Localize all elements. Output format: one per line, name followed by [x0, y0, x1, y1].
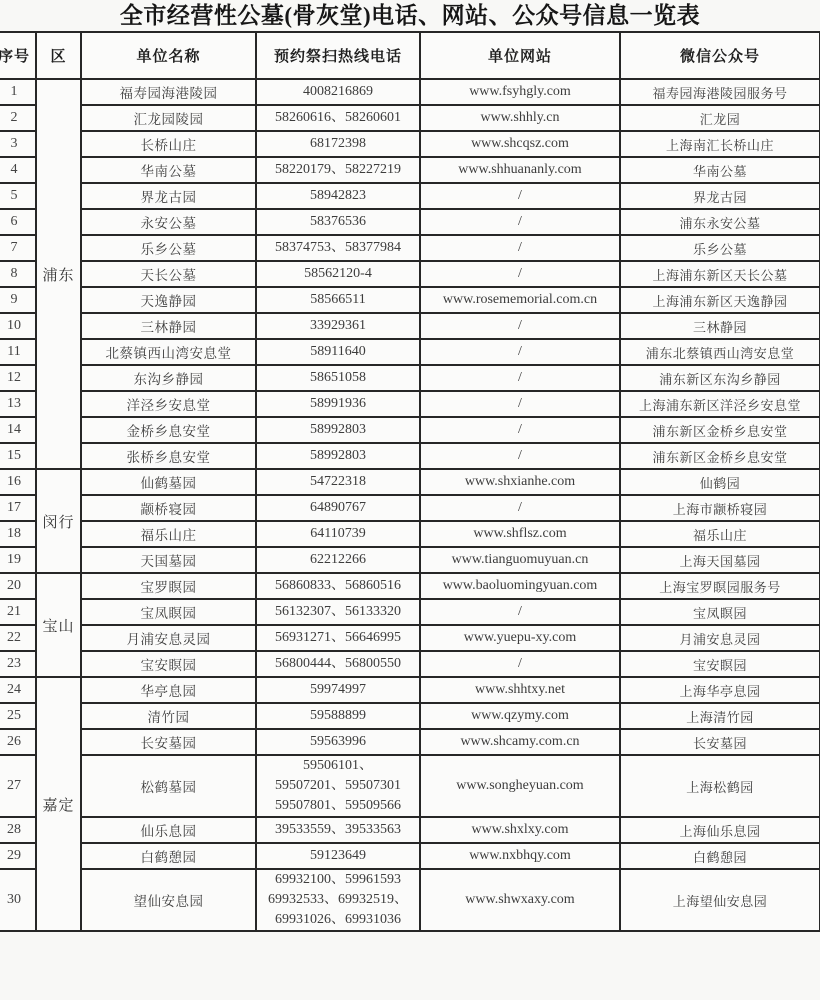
table-row: 6 永安公墓 58376536 / 浦东永安公墓	[0, 209, 820, 235]
district-merged-cell: 嘉定	[36, 677, 81, 931]
phone-line: 59507801、59509566	[259, 796, 417, 816]
table-header: 序号 区 单位名称 预约祭扫热线电话 单位网站 微信公众号	[0, 32, 820, 79]
website-cell: www.shcqsz.com	[420, 131, 620, 157]
phone-line: 62212266	[259, 550, 417, 570]
unit-name-cell: 东沟乡静园	[81, 365, 256, 391]
phone-line: 58651058	[259, 368, 417, 388]
website-cell: /	[420, 365, 620, 391]
column-header-hotline: 预约祭扫热线电话	[256, 32, 420, 79]
unit-name-cell: 福乐山庄	[81, 521, 256, 547]
phone-line: 69931026、69931036	[259, 910, 417, 930]
row-number-cell: 8	[0, 261, 36, 287]
district-merged-cell: 宝山	[36, 573, 81, 677]
wechat-cell: 汇龙园	[620, 105, 820, 131]
column-header-district: 区	[36, 32, 81, 79]
scanned-document-page: { "page_title": "全市经营性公墓(骨灰堂)电话、网站、公众号信息…	[0, 0, 820, 1000]
table-row: 16 闵行仙鹤墓园 54722318 www.shxianhe.com 仙鹤园	[0, 469, 820, 495]
website-cell: /	[420, 261, 620, 287]
table-row: 8 天长公墓 58562120-4 / 上海浦东新区天长公墓	[0, 261, 820, 287]
hotline-cell: 59563996	[256, 729, 420, 755]
hotline-cell: 58942823	[256, 183, 420, 209]
header-row: 序号 区 单位名称 预约祭扫热线电话 单位网站 微信公众号	[0, 32, 820, 79]
unit-name-cell: 永安公墓	[81, 209, 256, 235]
table-row: 5 界龙古园 58942823 / 界龙古园	[0, 183, 820, 209]
table-row: 13 洋泾乡安息堂 58991936 / 上海浦东新区洋泾乡安息堂	[0, 391, 820, 417]
phone-line: 69932533、69932519、	[259, 890, 417, 910]
row-number-cell: 20	[0, 573, 36, 599]
website-cell: /	[420, 183, 620, 209]
unit-name-cell: 仙乐息园	[81, 817, 256, 843]
unit-name-cell: 清竹园	[81, 703, 256, 729]
phone-line: 58942823	[259, 186, 417, 206]
table-row: 24 嘉定华亭息园 59974997 www.shhtxy.net 上海华亭息园	[0, 677, 820, 703]
table-row: 10 三林静园 33929361 / 三林静园	[0, 313, 820, 339]
unit-name-cell: 宝凤瞑园	[81, 599, 256, 625]
website-cell: /	[420, 391, 620, 417]
unit-name-cell: 汇龙园陵园	[81, 105, 256, 131]
hotline-cell: 54722318	[256, 469, 420, 495]
unit-name-cell: 天国墓园	[81, 547, 256, 573]
phone-line: 58376536	[259, 212, 417, 232]
hotline-cell: 58566511	[256, 287, 420, 313]
phone-line: 59563996	[259, 732, 417, 752]
wechat-cell: 上海松鹤园	[620, 755, 820, 817]
table-row: 14 金桥乡息安堂 58992803 / 浦东新区金桥乡息安堂	[0, 417, 820, 443]
row-number-cell: 29	[0, 843, 36, 869]
wechat-cell: 上海清竹园	[620, 703, 820, 729]
row-number-cell: 5	[0, 183, 36, 209]
website-cell: www.yuepu-xy.com	[420, 625, 620, 651]
hotline-cell: 62212266	[256, 547, 420, 573]
website-cell: www.nxbhqy.com	[420, 843, 620, 869]
phone-line: 59506101、	[259, 756, 417, 776]
table-row: 3 长桥山庄 68172398 www.shcqsz.com 上海南汇长桥山庄	[0, 131, 820, 157]
unit-name-cell: 三林静园	[81, 313, 256, 339]
phone-line: 64110739	[259, 524, 417, 544]
hotline-cell: 56860833、56860516	[256, 573, 420, 599]
wechat-cell: 浦东永安公墓	[620, 209, 820, 235]
unit-name-cell: 天逸静园	[81, 287, 256, 313]
unit-name-cell: 颛桥寝园	[81, 495, 256, 521]
row-number-cell: 7	[0, 235, 36, 261]
phone-line: 58374753、58377984	[259, 238, 417, 258]
row-number-cell: 10	[0, 313, 36, 339]
website-cell: /	[420, 599, 620, 625]
wechat-cell: 上海望仙安息园	[620, 869, 820, 931]
unit-name-cell: 望仙安息园	[81, 869, 256, 931]
wechat-cell: 上海天国墓园	[620, 547, 820, 573]
row-number-cell: 18	[0, 521, 36, 547]
website-cell: www.shxianhe.com	[420, 469, 620, 495]
table-row: 19 天国墓园 62212266 www.tianguomuyuan.cn 上海…	[0, 547, 820, 573]
phone-line: 4008216869	[259, 82, 417, 102]
wechat-cell: 上海市颛桥寝园	[620, 495, 820, 521]
column-header-wechat: 微信公众号	[620, 32, 820, 79]
phone-line: 59507201、59507301	[259, 776, 417, 796]
unit-name-cell: 福寿园海港陵园	[81, 79, 256, 105]
phone-line: 68172398	[259, 134, 417, 154]
unit-name-cell: 宝罗瞑园	[81, 573, 256, 599]
website-cell: www.shhly.cn	[420, 105, 620, 131]
phone-line: 56931271、56646995	[259, 628, 417, 648]
website-cell: www.shxlxy.com	[420, 817, 620, 843]
unit-name-cell: 天长公墓	[81, 261, 256, 287]
row-number-cell: 12	[0, 365, 36, 391]
column-header-index: 序号	[0, 32, 36, 79]
wechat-cell: 宝安瞑园	[620, 651, 820, 677]
row-number-cell: 3	[0, 131, 36, 157]
table-row: 17 颛桥寝园 64890767 / 上海市颛桥寝园	[0, 495, 820, 521]
hotline-cell: 58651058	[256, 365, 420, 391]
phone-line: 58992803	[259, 420, 417, 440]
wechat-cell: 福乐山庄	[620, 521, 820, 547]
phone-line: 58566511	[259, 290, 417, 310]
hotline-cell: 58991936	[256, 391, 420, 417]
hotline-cell: 58376536	[256, 209, 420, 235]
table-row: 12 东沟乡静园 58651058 / 浦东新区东沟乡静园	[0, 365, 820, 391]
table-row: 2 汇龙园陵园 58260616、58260601 www.shhly.cn 汇…	[0, 105, 820, 131]
hotline-cell: 69932100、5996159369932533、69932519、69931…	[256, 869, 420, 931]
phone-line: 54722318	[259, 472, 417, 492]
hotline-cell: 64110739	[256, 521, 420, 547]
table-row: 4 华南公墓 58220179、58227219 www.shhuananly.…	[0, 157, 820, 183]
table-row: 21 宝凤瞑园 56132307、56133320 / 宝凤瞑园	[0, 599, 820, 625]
phone-line: 58911640	[259, 342, 417, 362]
hotline-cell: 64890767	[256, 495, 420, 521]
wechat-cell: 上海宝罗瞑园服务号	[620, 573, 820, 599]
row-number-cell: 28	[0, 817, 36, 843]
website-cell: /	[420, 443, 620, 469]
unit-name-cell: 白鹤憩园	[81, 843, 256, 869]
wechat-cell: 仙鹤园	[620, 469, 820, 495]
phone-line: 59588899	[259, 706, 417, 726]
hotline-cell: 59974997	[256, 677, 420, 703]
hotline-cell: 56931271、56646995	[256, 625, 420, 651]
row-number-cell: 25	[0, 703, 36, 729]
hotline-cell: 56800444、56800550	[256, 651, 420, 677]
website-cell: /	[420, 417, 620, 443]
wechat-cell: 浦东新区东沟乡静园	[620, 365, 820, 391]
table-row: 11 北蔡镇西山湾安息堂 58911640 / 浦东北蔡镇西山湾安息堂	[0, 339, 820, 365]
website-cell: www.shhuananly.com	[420, 157, 620, 183]
hotline-cell: 58992803	[256, 443, 420, 469]
table-row: 23 宝安瞑园 56800444、56800550 / 宝安瞑园	[0, 651, 820, 677]
row-number-cell: 27	[0, 755, 36, 817]
table-row: 30 望仙安息园 69932100、5996159369932533、69932…	[0, 869, 820, 931]
phone-line: 56800444、56800550	[259, 654, 417, 674]
unit-name-cell: 宝安瞑园	[81, 651, 256, 677]
cemetery-info-table: 序号 区 单位名称 预约祭扫热线电话 单位网站 微信公众号 1 浦东福寿园海港陵…	[0, 31, 820, 932]
website-cell: /	[420, 209, 620, 235]
row-number-cell: 13	[0, 391, 36, 417]
hotline-cell: 58911640	[256, 339, 420, 365]
website-cell: www.rosememorial.com.cn	[420, 287, 620, 313]
row-number-cell: 6	[0, 209, 36, 235]
unit-name-cell: 华亭息园	[81, 677, 256, 703]
unit-name-cell: 华南公墓	[81, 157, 256, 183]
row-number-cell: 9	[0, 287, 36, 313]
phone-line: 64890767	[259, 498, 417, 518]
phone-line: 59123649	[259, 846, 417, 866]
wechat-cell: 上海浦东新区天长公墓	[620, 261, 820, 287]
hotline-cell: 56132307、56133320	[256, 599, 420, 625]
wechat-cell: 浦东新区金桥乡息安堂	[620, 417, 820, 443]
table-row: 20 宝山宝罗瞑园 56860833、56860516 www.baoluomi…	[0, 573, 820, 599]
page-title: 全市经营性公墓(骨灰堂)电话、网站、公众号信息一览表	[0, 0, 820, 31]
phone-line: 56132307、56133320	[259, 602, 417, 622]
website-cell: www.shflsz.com	[420, 521, 620, 547]
district-merged-cell: 浦东	[36, 79, 81, 469]
phone-line: 69932100、59961593	[259, 870, 417, 890]
row-number-cell: 15	[0, 443, 36, 469]
row-number-cell: 2	[0, 105, 36, 131]
hotline-cell: 39533559、39533563	[256, 817, 420, 843]
hotline-cell: 59588899	[256, 703, 420, 729]
row-number-cell: 26	[0, 729, 36, 755]
district-merged-cell: 闵行	[36, 469, 81, 573]
website-cell: /	[420, 313, 620, 339]
unit-name-cell: 金桥乡息安堂	[81, 417, 256, 443]
wechat-cell: 界龙古园	[620, 183, 820, 209]
website-cell: www.shwxaxy.com	[420, 869, 620, 931]
row-number-cell: 22	[0, 625, 36, 651]
hotline-cell: 33929361	[256, 313, 420, 339]
website-cell: /	[420, 651, 620, 677]
table-row: 29 白鹤憩园 59123649 www.nxbhqy.com 白鹤憩园	[0, 843, 820, 869]
hotline-cell: 59506101、59507201、5950730159507801、59509…	[256, 755, 420, 817]
hotline-cell: 58260616、58260601	[256, 105, 420, 131]
row-number-cell: 30	[0, 869, 36, 931]
website-cell: www.qzymy.com	[420, 703, 620, 729]
table-row: 15 张桥乡息安堂 58992803 / 浦东新区金桥乡息安堂	[0, 443, 820, 469]
table-row: 1 浦东福寿园海港陵园 4008216869 www.fsyhgly.com 福…	[0, 79, 820, 105]
table-row: 18 福乐山庄 64110739 www.shflsz.com 福乐山庄	[0, 521, 820, 547]
wechat-cell: 乐乡公墓	[620, 235, 820, 261]
unit-name-cell: 洋泾乡安息堂	[81, 391, 256, 417]
phone-line: 59974997	[259, 680, 417, 700]
phone-line: 58562120-4	[259, 264, 417, 284]
hotline-cell: 58220179、58227219	[256, 157, 420, 183]
website-cell: www.shhtxy.net	[420, 677, 620, 703]
hotline-cell: 4008216869	[256, 79, 420, 105]
column-header-website: 单位网站	[420, 32, 620, 79]
wechat-cell: 上海南汇长桥山庄	[620, 131, 820, 157]
website-cell: /	[420, 235, 620, 261]
website-cell: /	[420, 339, 620, 365]
wechat-cell: 上海华亭息园	[620, 677, 820, 703]
column-header-unit-name: 单位名称	[81, 32, 256, 79]
row-number-cell: 24	[0, 677, 36, 703]
hotline-cell: 58374753、58377984	[256, 235, 420, 261]
phone-line: 56860833、56860516	[259, 576, 417, 596]
table-row: 9 天逸静园 58566511 www.rosememorial.com.cn …	[0, 287, 820, 313]
row-number-cell: 16	[0, 469, 36, 495]
wechat-cell: 上海浦东新区天逸静园	[620, 287, 820, 313]
unit-name-cell: 张桥乡息安堂	[81, 443, 256, 469]
website-cell: www.songheyuan.com	[420, 755, 620, 817]
phone-line: 39533559、39533563	[259, 820, 417, 840]
unit-name-cell: 长安墓园	[81, 729, 256, 755]
table-row: 22 月浦安息灵园 56931271、56646995 www.yuepu-xy…	[0, 625, 820, 651]
website-cell: www.shcamy.com.cn	[420, 729, 620, 755]
row-number-cell: 17	[0, 495, 36, 521]
hotline-cell: 58992803	[256, 417, 420, 443]
unit-name-cell: 仙鹤墓园	[81, 469, 256, 495]
unit-name-cell: 月浦安息灵园	[81, 625, 256, 651]
row-number-cell: 21	[0, 599, 36, 625]
wechat-cell: 白鹤憩园	[620, 843, 820, 869]
hotline-cell: 59123649	[256, 843, 420, 869]
hotline-cell: 58562120-4	[256, 261, 420, 287]
unit-name-cell: 乐乡公墓	[81, 235, 256, 261]
wechat-cell: 上海仙乐息园	[620, 817, 820, 843]
table-row: 25 清竹园 59588899 www.qzymy.com 上海清竹园	[0, 703, 820, 729]
row-number-cell: 23	[0, 651, 36, 677]
row-number-cell: 19	[0, 547, 36, 573]
phone-line: 58991936	[259, 394, 417, 414]
row-number-cell: 11	[0, 339, 36, 365]
wechat-cell: 上海浦东新区洋泾乡安息堂	[620, 391, 820, 417]
table-row: 26 长安墓园 59563996 www.shcamy.com.cn 长安墓园	[0, 729, 820, 755]
wechat-cell: 浦东新区金桥乡息安堂	[620, 443, 820, 469]
wechat-cell: 月浦安息灵园	[620, 625, 820, 651]
phone-line: 33929361	[259, 316, 417, 336]
unit-name-cell: 长桥山庄	[81, 131, 256, 157]
phone-line: 58260616、58260601	[259, 108, 417, 128]
table-row: 27 松鹤墓园 59506101、59507201、59507301595078…	[0, 755, 820, 817]
row-number-cell: 4	[0, 157, 36, 183]
wechat-cell: 浦东北蔡镇西山湾安息堂	[620, 339, 820, 365]
table-row: 7 乐乡公墓 58374753、58377984 / 乐乡公墓	[0, 235, 820, 261]
wechat-cell: 三林静园	[620, 313, 820, 339]
website-cell: www.tianguomuyuan.cn	[420, 547, 620, 573]
wechat-cell: 福寿园海港陵园服务号	[620, 79, 820, 105]
table-body: 1 浦东福寿园海港陵园 4008216869 www.fsyhgly.com 福…	[0, 79, 820, 931]
phone-line: 58220179、58227219	[259, 160, 417, 180]
table-row: 28 仙乐息园 39533559、39533563 www.shxlxy.com…	[0, 817, 820, 843]
unit-name-cell: 松鹤墓园	[81, 755, 256, 817]
website-cell: www.baoluomingyuan.com	[420, 573, 620, 599]
hotline-cell: 68172398	[256, 131, 420, 157]
wechat-cell: 长安墓园	[620, 729, 820, 755]
wechat-cell: 宝凤瞑园	[620, 599, 820, 625]
phone-line: 58992803	[259, 446, 417, 466]
website-cell: /	[420, 495, 620, 521]
website-cell: www.fsyhgly.com	[420, 79, 620, 105]
row-number-cell: 14	[0, 417, 36, 443]
wechat-cell: 华南公墓	[620, 157, 820, 183]
unit-name-cell: 北蔡镇西山湾安息堂	[81, 339, 256, 365]
row-number-cell: 1	[0, 79, 36, 105]
unit-name-cell: 界龙古园	[81, 183, 256, 209]
